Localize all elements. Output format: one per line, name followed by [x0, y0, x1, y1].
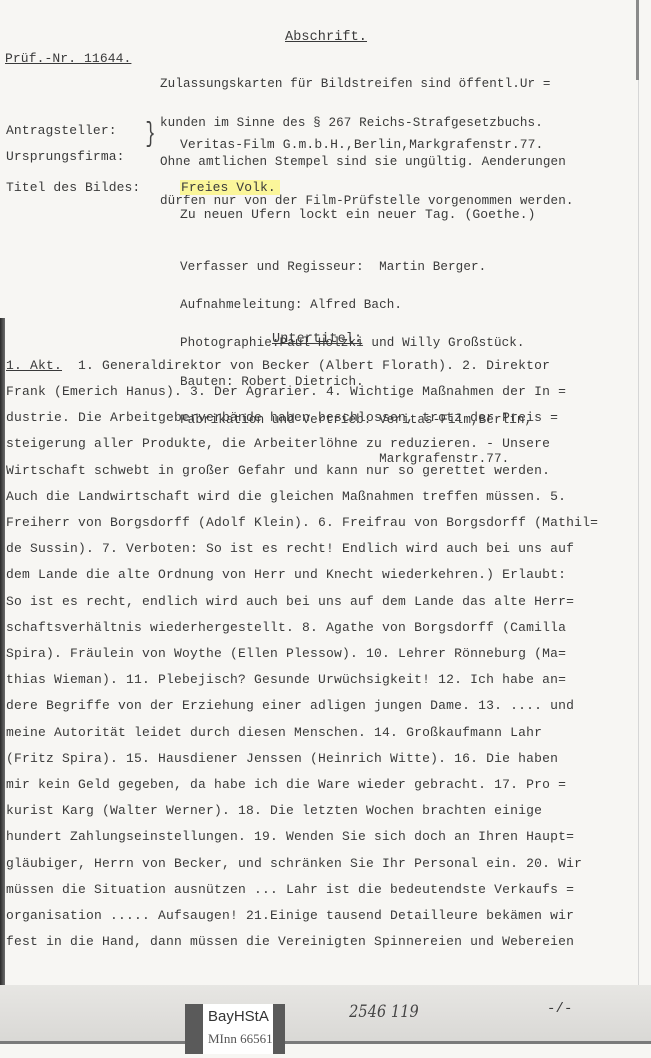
act-label: 1. Akt. — [6, 358, 62, 373]
document-heading: Abschrift. — [285, 31, 367, 45]
subtitle-heading: Untertitel: — [272, 333, 362, 347]
film-title-highlight: Freies Volk. — [180, 180, 280, 195]
subtitle-line: Freiherr von Borgsdorff (Adolf Klein). 6… — [6, 516, 598, 530]
archive-name: BayHStA — [208, 1008, 269, 1025]
subtitle-line: So ist es recht, endlich wird auch bei u… — [6, 595, 574, 609]
subtitle-line: meine Autorität leidet durch diesen Mens… — [6, 726, 542, 740]
notice-line: Ohne amtlichen Stempel sind sie ungültig… — [160, 156, 574, 169]
subtitle-line: kurist Karg (Walter Werner). 18. Die let… — [6, 804, 542, 818]
subtitle-line: Frank (Emerich Hanus). 3. Der Agrarier. … — [6, 385, 566, 399]
subtitle-line: de Sussin). 7. Verboten: So ist es recht… — [6, 542, 574, 556]
subtitle-line: dem Lande die alte Ordnung von Herr und … — [6, 568, 566, 582]
subtitle-line: organisation ..... Aufsaugen! 21.Einige … — [6, 909, 574, 923]
subtitle-line: schaftsverhältnis wiederhergestellt. 8. … — [6, 621, 566, 635]
subtitle-line: thias Wieman). 11. Plebejisch? Gesunde U… — [6, 673, 566, 687]
subtitle-line: dustrie. Die Arbeitgeberverbände haben b… — [6, 411, 558, 425]
subtitle-line: Auch die Landwirtschaft wird die gleiche… — [6, 490, 566, 504]
archive-signature: MInn 66561 — [208, 1031, 273, 1047]
archive-stamp: BayHStA MInn 66561 — [185, 1004, 285, 1054]
credit-line: Verfasser und Regisseur: Martin Berger. — [180, 261, 532, 274]
subtitle-line: fest in die Hand, dann müssen die Verein… — [6, 935, 574, 949]
subtitle-line: müssen die Situation ausnützen ... Lahr … — [6, 883, 574, 897]
subtitle-first-line: 1. Generaldirektor von Becker (Albert Fl… — [62, 358, 550, 373]
handwritten-note: 2546 119 — [349, 1005, 419, 1019]
scan-bottom-edge — [0, 1041, 651, 1044]
credit-line: Aufnahmeleitung: Alfred Bach. — [180, 299, 532, 312]
brace-icon: } — [145, 120, 155, 150]
document-page: Abschrift. Prüf.-Nr. 11644. Zulassungska… — [0, 0, 651, 1058]
pruef-number: Prüf.-Nr. 11644. — [5, 52, 131, 66]
film-title: Freies Volk. — [180, 181, 280, 195]
antragsteller-label: Antragsteller: — [6, 124, 117, 138]
subtitle-line: (Fritz Spira). 15. Hausdiener Jenssen (H… — [6, 752, 558, 766]
subtitle-line: dere Begriffe von der Erziehung einer ad… — [6, 699, 574, 713]
subtitle-line: Wirtschaft schwebt in großer Gefahr und … — [6, 464, 550, 478]
scan-right-edge — [636, 0, 639, 80]
page-end-mark: -/- — [547, 1002, 573, 1016]
scan-right-edge-line — [638, 80, 639, 1040]
firm-value: Veritas-Film G.m.b.H.,Berlin,Markgrafens… — [180, 138, 543, 152]
motto: Zu neuen Ufern lockt ein neuer Tag. (Goe… — [180, 208, 536, 222]
subtitle-line: 1. Akt. 1. Generaldirektor von Becker (A… — [6, 359, 550, 373]
notice-line: kunden im Sinne des § 267 Reichs-Strafge… — [160, 117, 574, 130]
notice-line: Zulassungskarten für Bildstreifen sind ö… — [160, 78, 574, 91]
subtitle-line: mir kein Geld gegeben, da habe ich die W… — [6, 778, 566, 792]
subtitle-line: hundert Zahlungseinstellungen. 19. Wende… — [6, 830, 574, 844]
subtitle-line: gläubiger, Herrn von Becker, und schränk… — [6, 857, 582, 871]
scan-left-edge — [0, 318, 5, 1043]
ursprungsfirma-label: Ursprungsfirma: — [6, 150, 125, 164]
title-label: Titel des Bildes: — [6, 181, 140, 195]
subtitle-line: steigerung aller Produkte, die Arbeiterl… — [6, 437, 550, 451]
subtitle-line: Spira). Fräulein von Woythe (Ellen Pless… — [6, 647, 566, 661]
